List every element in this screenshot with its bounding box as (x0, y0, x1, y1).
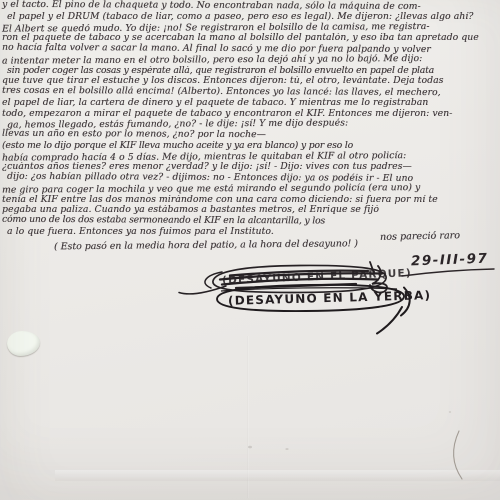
handwritten-text-block: y el tacto. El pino de la chaqueta y tod… (0, 1, 500, 250)
manuscript-line: el papel y el DRUM (tabaco de liar, como… (0, 12, 500, 23)
manuscript-line: (esto me lo dijo porque el KIF lleva muc… (0, 141, 500, 152)
date: 29-III-97 (411, 251, 489, 270)
final-title: (DESAYUNO EN LA YERBA) (228, 288, 432, 308)
date-underline-mark (402, 269, 494, 276)
side-note: nos pareció raro (380, 230, 460, 243)
manuscript-line: sin poder coger las cosas y espérate all… (0, 66, 500, 77)
discarded-title: (DESAYUNO EN EL PARQUE) (222, 267, 412, 287)
manuscript-line: tenía el KIF entre las dos manos mirándo… (0, 195, 500, 206)
manuscript-line: el papel de liar, la cartera de dinero y… (0, 98, 500, 109)
paper-crease-horizontal (55, 470, 500, 481)
paper-chip (7, 331, 40, 356)
discarded-title-tail-mark (179, 272, 226, 294)
ink-smudge (285, 448, 288, 450)
scanned-manuscript-page: { "page": { "kind": "scanned handwritten… (0, 0, 500, 500)
ink-smudge (449, 411, 451, 413)
